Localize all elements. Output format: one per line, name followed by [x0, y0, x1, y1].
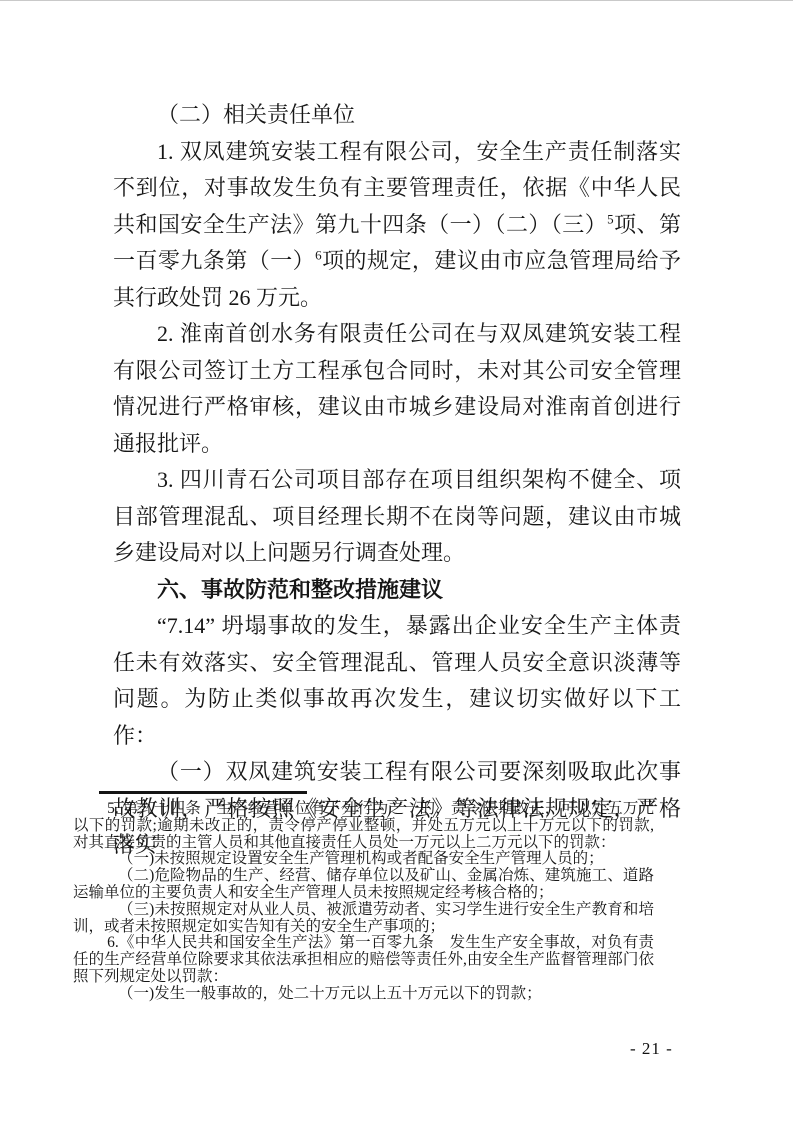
scan-edge-artifact — [0, 0, 793, 1]
footnotes: 5. 第九十四条 生产经营单位有下列行为之一的，责令限期改正，可以处五万元以下的… — [73, 801, 654, 1003]
paragraph-penalty-shuangfeng: 1. 双凤建筑安装工程有限公司，安全生产责任制落实不到位，对事故发生负有主要管理… — [113, 134, 681, 317]
footnote-5-lead: 5. 第九十四条 生产经营单位有下列行为之一的，责令限期改正，可以处五万元以下的… — [73, 801, 654, 851]
footnote-6-item-1: （一)发生一般事故的，处二十万元以上五十万元以下的罚款； — [73, 986, 654, 1003]
report-body: （二）相关责任单位 1. 双凤建筑安装工程有限公司，安全生产责任制落实不到位，对… — [113, 97, 681, 864]
paragraph-penalty-shuangfeng-text-1: 1. 双凤建筑安装工程有限公司，安全生产责任制落实不到位，对事故发生负有主要管理… — [113, 139, 681, 237]
footnote-5-item-1: （一)未按照规定设置安全生产管理机构或者配备安全生产管理人员的； — [73, 851, 654, 868]
paragraph-accident-exposure: “7.14” 坍塌事故的发生，暴露出企业安全生产主体责任未有效落实、安全管理混乱… — [113, 608, 681, 754]
paragraph-sichuan-qingshi: 3. 四川青石公司项目部存在项目组织架构不健全、项目部管理混乱、项目经理长期不在… — [113, 462, 681, 572]
document-page: （二）相关责任单位 1. 双凤建筑安装工程有限公司，安全生产责任制落实不到位，对… — [0, 0, 793, 1122]
paragraph-huainan-capital-water: 2. 淮南首创水务有限责任公司在与双凤建筑安装工程有限公司签订土方工程承包合同时… — [113, 316, 681, 462]
footnote-separator — [99, 791, 307, 794]
page-number: - 21 - — [630, 1039, 673, 1059]
footnote-5-item-2: （二)危险物品的生产、经营、储存单位以及矿山、金属冶炼、建筑施工、道路运输单位的… — [73, 868, 654, 902]
subsection-heading-related-units: （二）相关责任单位 — [113, 97, 681, 134]
section-heading-prevention-measures: 六、事故防范和整改措施建议 — [113, 572, 681, 609]
footnote-5-item-3: （三)未按照规定对从业人员、被派遣劳动者、实习学生进行安全生产教育和培训，或者未… — [73, 902, 654, 936]
footnote-6-lead: 6.《中华人民共和国安全生产法》第一百零九条 发生生产安全事故，对负有责任的生产… — [73, 935, 654, 985]
